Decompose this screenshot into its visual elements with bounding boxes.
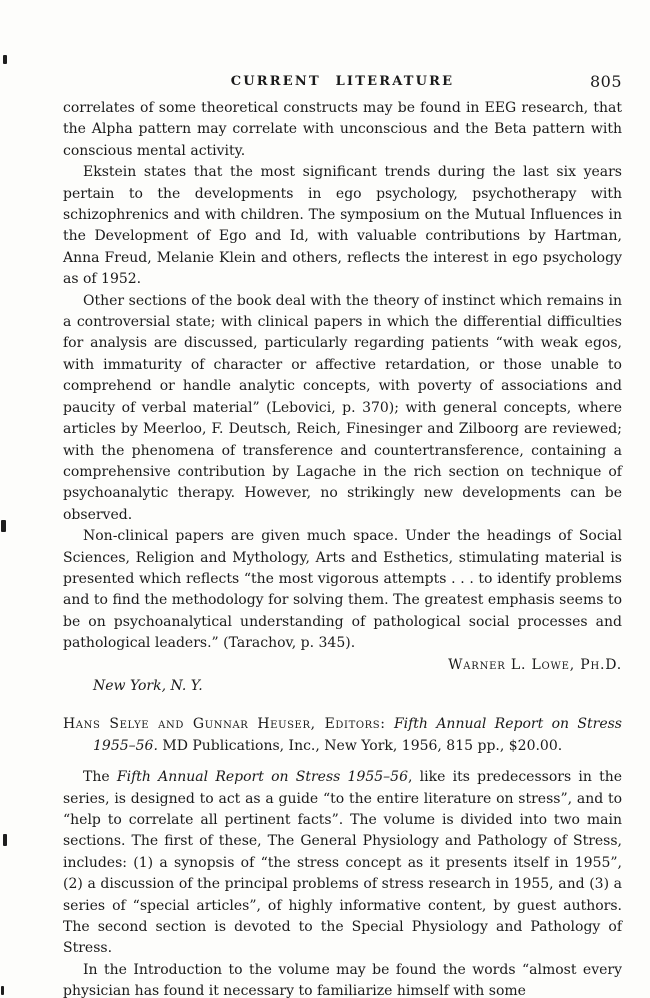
review-paragraph: Ekstein states that the most significant… <box>63 162 622 290</box>
citation-editors: Hans Selye and Gunnar Heuser, Editors: <box>63 716 386 732</box>
paragraph-book-title: Fifth Annual Report on Stress 1955–56 <box>117 769 408 785</box>
page-header: CURRENT LITERATURE 805 <box>63 72 622 94</box>
book-citation: Hans Selye and Gunnar Heuser, Editors: F… <box>63 714 622 757</box>
ink-mark-lower <box>3 834 7 846</box>
paragraph-lead: The <box>83 769 117 785</box>
review-paragraph: Other sections of the book deal with the… <box>63 291 622 526</box>
scanned-journal-page: CURRENT LITERATURE 805 correlates of som… <box>0 0 650 998</box>
review-paragraph: Non-clinical papers are given much space… <box>63 526 622 654</box>
text-block: correlates of some theoretical construct… <box>63 98 622 998</box>
review-paragraph: The Fifth Annual Report on Stress 1955–5… <box>63 767 622 960</box>
review-paragraph-continuation: correlates of some theoretical construct… <box>63 98 622 162</box>
ink-mark-top <box>3 55 7 64</box>
reviewer-location: New York, N. Y. <box>63 676 622 697</box>
ink-mark-middle <box>1 520 6 532</box>
running-title: CURRENT LITERATURE <box>231 74 455 89</box>
reviewer-signature: Warner L. Lowe, Ph.D. <box>63 655 622 676</box>
review-paragraph-final: In the Introduction to the volume may be… <box>63 960 622 998</box>
paragraph-rest: , like its predecessors in the series, i… <box>63 769 622 956</box>
ink-mark-bottom <box>1 986 4 995</box>
page-number: 805 <box>590 72 622 91</box>
citation-publisher: MD Publications, Inc., New York, 1956, 8… <box>162 738 562 754</box>
